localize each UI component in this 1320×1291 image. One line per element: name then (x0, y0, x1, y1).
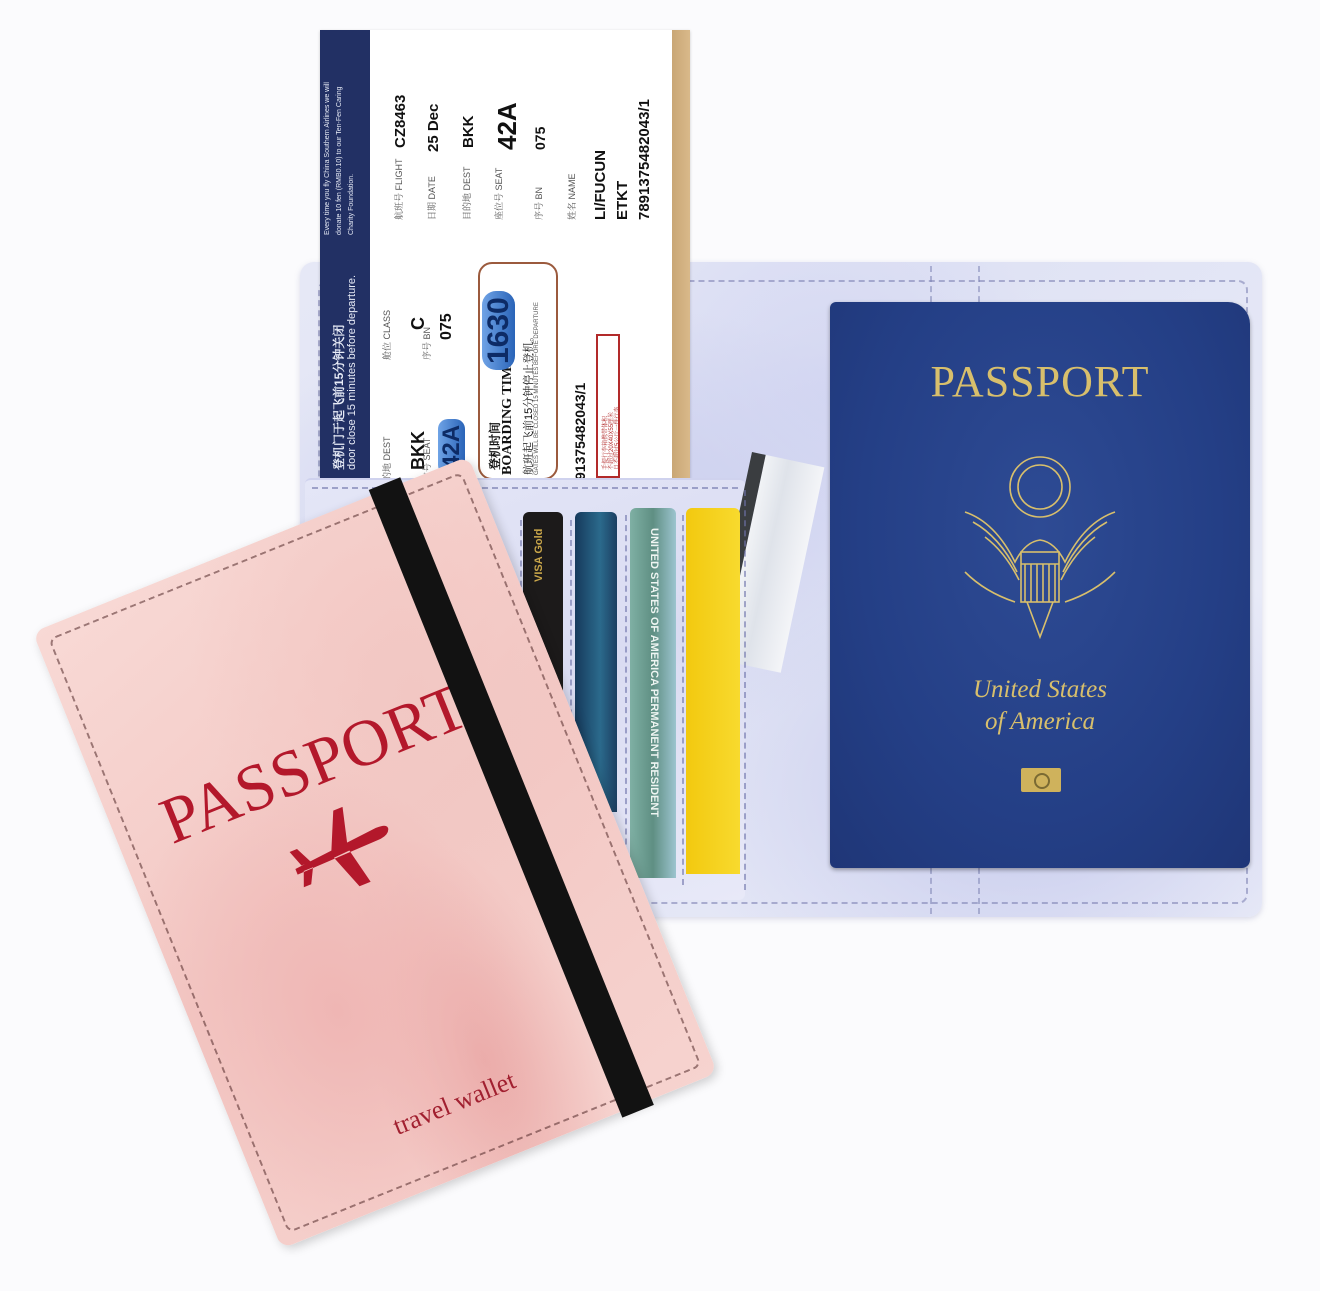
boarding-time: 1630 (482, 291, 516, 370)
dest-label: 目的地 DEST (460, 166, 473, 220)
stub-bn: 075 (438, 313, 456, 340)
stub-class-label: 舱位 CLASS (380, 310, 393, 360)
passenger-name: LI/FUCUN (592, 150, 609, 220)
charity-line-3: Charity Foundation. (348, 174, 355, 235)
flight-label: 航班号 FLIGHT (392, 158, 405, 220)
flight-number: CZ8463 (392, 95, 409, 148)
flight-date: 25 Dec (425, 104, 442, 152)
boarding-pass-banner: 登机门于起飞前15分钟关闭 door close 15 minutes befo… (320, 30, 370, 480)
green-card-text: UNITED STATES OF AMERICA PERMANENT RESID… (648, 528, 660, 817)
date-label: 日期 DATE (425, 176, 438, 220)
boarding-pass-stub-edge (672, 30, 690, 480)
bn-label: 序号 BN (532, 187, 545, 220)
ticket-type: ETKT (614, 181, 631, 220)
charity-line-2: donate 10 fen (RMB0.10) to our Ten-Fen C… (336, 86, 343, 235)
ticket-number: 7891375482043/1 (636, 99, 653, 220)
boarding-number: 075 (532, 127, 548, 150)
boarding-time-value: 1630 (482, 291, 515, 370)
baggage-notice-3: 且不超过5公斤一件行李 (612, 407, 621, 470)
seat-number: 42A (492, 102, 523, 150)
gate-notice-en: GATES WILL BE CLOSED 15 MINUTES BEFORE D… (534, 302, 540, 475)
stub-dest-label: 目的地 DEST (380, 436, 393, 480)
boarding-pass: 登机门于起飞前15分钟关闭 door close 15 minutes befo… (320, 30, 690, 480)
yellow-card (686, 508, 740, 874)
banner-notice-cn: 登机门于起飞前15分钟关闭 (330, 325, 347, 470)
us-passport: PASSPORT United States of America (830, 302, 1250, 868)
biometric-chip-icon (1021, 768, 1061, 792)
banner-notice-en: door close 15 minutes before departure. (346, 275, 358, 470)
boarding-time-label-en: BOARDING TIME (500, 357, 516, 475)
visa-card-text: VISA Gold (533, 529, 545, 582)
name-label: 姓名 NAME (565, 173, 578, 220)
stub-ticket-number: 91375482043/1 (572, 383, 588, 480)
card-slot-stitch (625, 515, 627, 885)
us-passport-country: United States of America (830, 674, 1250, 738)
us-passport-title: PASSPORT (830, 356, 1250, 407)
great-seal-eagle-icon (955, 452, 1125, 642)
charity-line-1: Every time you fly China Southern Airlin… (324, 82, 331, 235)
card-slot-stitch (682, 515, 684, 885)
seat-label: 座位号 SEAT (492, 168, 505, 220)
country-line-1: United States (830, 674, 1250, 706)
stub-bn-label: 序号 BN (420, 327, 433, 360)
destination: BKK (460, 116, 477, 149)
country-line-2: of America (830, 706, 1250, 738)
card-slot-stitch (744, 490, 746, 890)
green-card: UNITED STATES OF AMERICA PERMANENT RESID… (630, 508, 676, 878)
